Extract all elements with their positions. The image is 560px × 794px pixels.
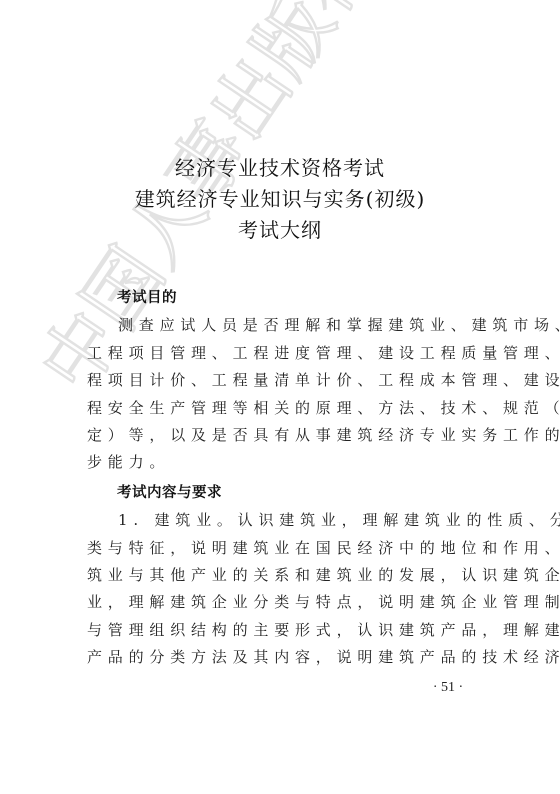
- text-line: 与管理组织结构的主要形式，认识建筑产品，理解建筑: [87, 617, 475, 644]
- title-line-2: 建筑经济专业知识与实务(初级): [0, 184, 560, 215]
- document-body: 考试目的 测查应试人员是否理解和掌握建筑业、建筑市场、 工程项目管理、工程进度管…: [87, 285, 477, 672]
- text-line: 工程项目管理、工程进度管理、建设工程质量管理、工: [87, 340, 475, 367]
- section-heading-exam-content: 考试内容与要求: [87, 480, 477, 507]
- document-title: 经济专业技术资格考试 建筑经济专业知识与实务(初级) 考试大纲: [0, 153, 560, 246]
- text-line: 筑业与其他产业的关系和建筑业的发展，认识建筑企: [87, 562, 475, 589]
- paragraph-exam-purpose: 测查应试人员是否理解和掌握建筑业、建筑市场、 工程项目管理、工程进度管理、建设工…: [87, 312, 477, 476]
- text-line: 程项目计价、工程量清单计价、工程成本管理、建设工: [87, 367, 475, 394]
- text-line: 步能力。: [87, 449, 475, 476]
- text-line: 定）等，以及是否具有从事建筑经济专业实务工作的初: [87, 422, 475, 449]
- page-number: · 51 ·: [420, 680, 476, 696]
- text-line: 产品的分类方法及其内容，说明建筑产品的技术经济特: [87, 644, 475, 671]
- paragraph-construction-industry: 1. 建筑业。认识建筑业，理解建筑业的性质、分 类与特征，说明建筑业在国民经济中…: [87, 507, 477, 671]
- text-line: 业，理解建筑企业分类与特点，说明建筑企业管理制度: [87, 589, 475, 616]
- section-heading-exam-purpose: 考试目的: [87, 285, 477, 312]
- title-line-1: 经济专业技术资格考试: [0, 153, 560, 184]
- text-line: 类与特征，说明建筑业在国民经济中的地位和作用、建: [87, 535, 475, 562]
- text-line: 程安全生产管理等相关的原理、方法、技术、规范（规: [87, 395, 475, 422]
- title-line-3: 考试大纲: [0, 215, 560, 246]
- text-line: 1. 建筑业。认识建筑业，理解建筑业的性质、分: [87, 507, 475, 534]
- document-page: 经济专业技术资格考试 建筑经济专业知识与实务(初级) 考试大纲 考试目的 测查应…: [0, 0, 560, 794]
- text-line: 测查应试人员是否理解和掌握建筑业、建筑市场、: [87, 312, 475, 339]
